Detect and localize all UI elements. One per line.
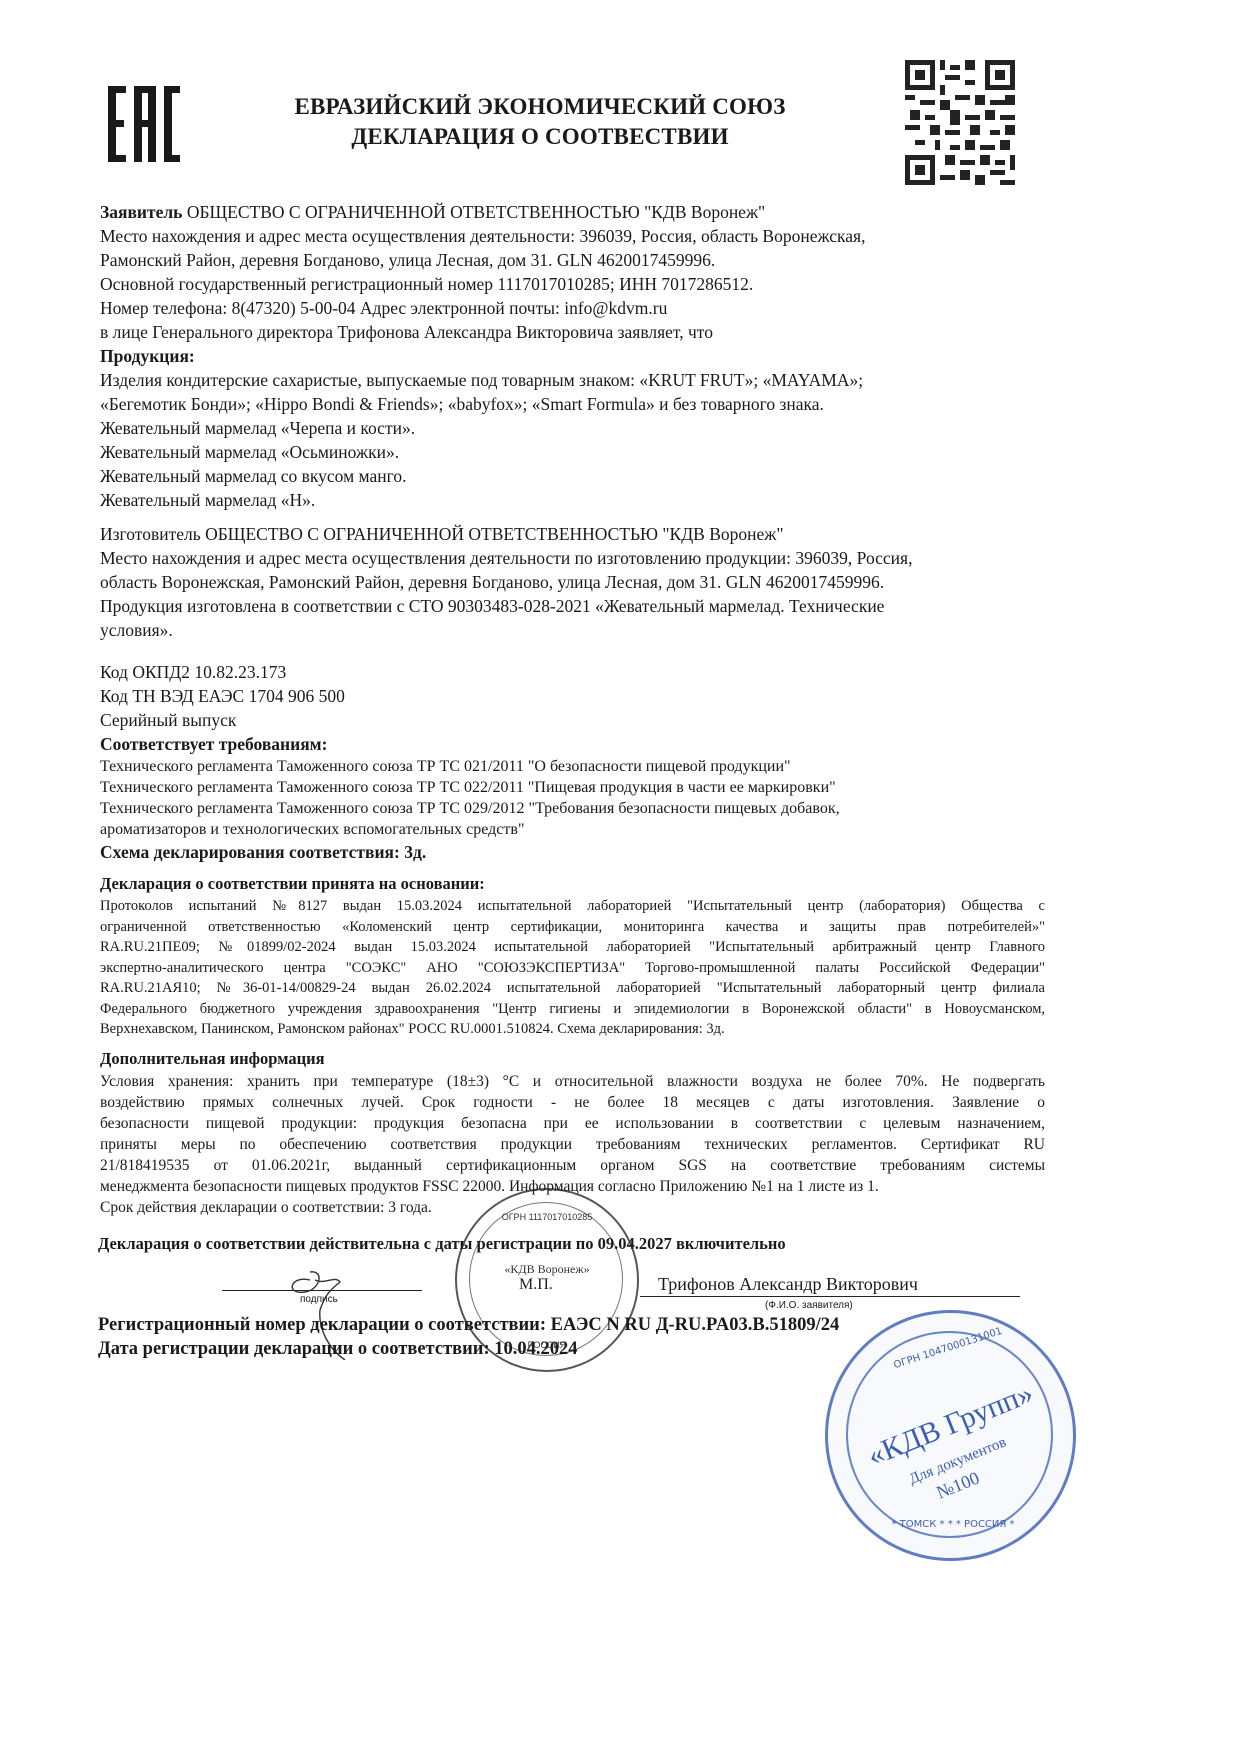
additional-line: приняты меры по обеспечению соответствия… — [100, 1134, 1045, 1155]
basis-label: Декларация о соответствии принята на осн… — [100, 872, 1045, 896]
stamp-mp: М.П. — [519, 1276, 553, 1294]
validity-statement: Декларация о соответствии действительна … — [98, 1232, 786, 1256]
product-line: Жевательный мармелад «Черепа и кости». — [100, 416, 1045, 440]
manufacturer-standard-1: Продукция изготовлена в соответствии с С… — [100, 594, 1045, 618]
title-union: ЕВРАЗИЙСКИЙ ЭКОНОМИЧЕСКИЙ СОЮЗ — [200, 92, 880, 122]
applicant-ogrn: Основной государственный регистрационный… — [100, 272, 1045, 296]
basis-section: Декларация о соответствии принята на осн… — [100, 872, 1045, 1040]
applicant-line: Заявитель ОБЩЕСТВО С ОГРАНИЧЕННОЙ ОТВЕТС… — [100, 200, 1045, 224]
product-line: Жевательный мармелад со вкусом манго. — [100, 464, 1045, 488]
manufacturer-section: Изготовитель ОБЩЕСТВО С ОГРАНИЧЕННОЙ ОТВ… — [100, 522, 1045, 642]
requirement-line: Технического регламента Таможенного союз… — [100, 798, 1045, 819]
basis-line: RA.RU.21АЯ10; №36-01-14/00829-24 выдан 2… — [100, 978, 1045, 999]
product-line: Изделия кондитерские сахаристые, выпуска… — [100, 368, 1045, 392]
additional-info-label: Дополнительная информация — [100, 1047, 1045, 1071]
qr-code-icon — [905, 60, 1015, 185]
eac-mark-icon — [108, 86, 180, 162]
stamp-blue-bottom: * ТОМСК * * * РОССИЯ * — [868, 1519, 1038, 1530]
requirements-label: Соответствует требованиям: — [100, 732, 1045, 756]
company-stamp-kdv-group: ОГРН 1047000131001 «КДВ Групп» Для докум… — [825, 1310, 1076, 1561]
release-type: Серийный выпуск — [100, 708, 1045, 732]
manufacturer-standard-2: условия». — [100, 618, 1045, 642]
signature-caption: подпись — [300, 1294, 338, 1305]
product-line: Жевательный мармелад «Осьминожки». — [100, 440, 1045, 464]
manufacturer-line: Изготовитель ОБЩЕСТВО С ОГРАНИЧЕННОЙ ОТВ… — [100, 522, 1045, 546]
company-stamp-voronezh: ОГРН 1117017010285 «КДВ Воронеж» М.П. РО… — [455, 1188, 639, 1372]
codes-section: Код ОКПД2 10.82.23.173 Код ТН ВЭД ЕАЭС 1… — [100, 660, 1045, 864]
declaration-scheme: Схема декларирования соответствия: 3д. — [100, 840, 1045, 864]
product-line: «Бегемотик Бонди»; «Hippo Bondi & Friend… — [100, 392, 1045, 416]
applicant-contact: Номер телефона: 8(47320) 5-00-04 Адрес э… — [100, 296, 1045, 320]
okpd2-code: Код ОКПД2 10.82.23.173 — [100, 660, 1045, 684]
additional-line: Условия хранения: хранить при температур… — [100, 1071, 1045, 1092]
applicant-address-1: Место нахождения и адрес места осуществл… — [100, 224, 1045, 248]
stamp-country: РОССИЯ — [517, 1340, 577, 1350]
document-title: ЕВРАЗИЙСКИЙ ЭКОНОМИЧЕСКИЙ СОЮЗ ДЕКЛАРАЦИ… — [200, 92, 880, 152]
manufacturer-label: Изготовитель — [100, 524, 201, 544]
basis-line: экспертно-аналитического центра "СОЭКС" … — [100, 958, 1045, 979]
basis-line: Верхнехавском, Панинском, Рамонском райо… — [100, 1019, 1045, 1040]
eac-logo — [108, 86, 180, 162]
applicant-section: Заявитель ОБЩЕСТВО С ОГРАНИЧЕННОЙ ОТВЕТС… — [100, 200, 1045, 512]
product-line: Жевательный мармелад «Н». — [100, 488, 1045, 512]
title-declaration: ДЕКЛАРАЦИЯ О СООТВЕСТВИИ — [200, 122, 880, 152]
requirement-line: Технического регламента Таможенного союз… — [100, 756, 1045, 777]
products-label: Продукция: — [100, 344, 1045, 368]
name-caption: (Ф.И.О. заявителя) — [765, 1300, 853, 1311]
manufacturer-address-2: область Воронежская, Рамонский Район, де… — [100, 570, 1045, 594]
name-line — [640, 1296, 1020, 1297]
additional-line: воздействию прямых солнечных лучей. Срок… — [100, 1092, 1045, 1113]
basis-line: ограниченной ответственностью «Коломенск… — [100, 917, 1045, 938]
requirement-line: ароматизаторов и технологических вспомог… — [100, 819, 1045, 840]
stamp-ogrn: ОГРН 1117017010285 — [497, 1212, 597, 1222]
stamp-center-text: «КДВ Воронеж» — [497, 1262, 597, 1277]
manufacturer-name: ОБЩЕСТВО С ОГРАНИЧЕННОЙ ОТВЕТСТВЕННОСТЬЮ… — [201, 524, 784, 544]
additional-line: безопасности пищевой продукции: продукци… — [100, 1113, 1045, 1134]
manufacturer-address-1: Место нахождения и адрес места осуществл… — [100, 546, 1045, 570]
requirement-line: Технического регламента Таможенного союз… — [100, 777, 1045, 798]
applicant-representative: в лице Генерального директора Трифонова … — [100, 320, 1045, 344]
applicant-name: ОБЩЕСТВО С ОГРАНИЧЕННОЙ ОТВЕТСТВЕННОСТЬЮ… — [182, 202, 765, 222]
basis-line: Федерального бюджетного учреждения здрав… — [100, 999, 1045, 1020]
additional-line: 21/818419535 от 01.06.2021г, выданный се… — [100, 1155, 1045, 1176]
applicant-label: Заявитель — [100, 202, 182, 222]
tn-ved-code: Код ТН ВЭД ЕАЭС 1704 906 500 — [100, 684, 1045, 708]
basis-line: Протоколов испытаний №8127 выдан 15.03.2… — [100, 896, 1045, 917]
applicant-full-name: Трифонов Александр Викторович — [658, 1272, 918, 1296]
basis-line: RA.RU.21ПЕ09; №01899/02-2024 выдан 15.03… — [100, 937, 1045, 958]
applicant-address-2: Рамонский Район, деревня Богданово, улиц… — [100, 248, 1045, 272]
